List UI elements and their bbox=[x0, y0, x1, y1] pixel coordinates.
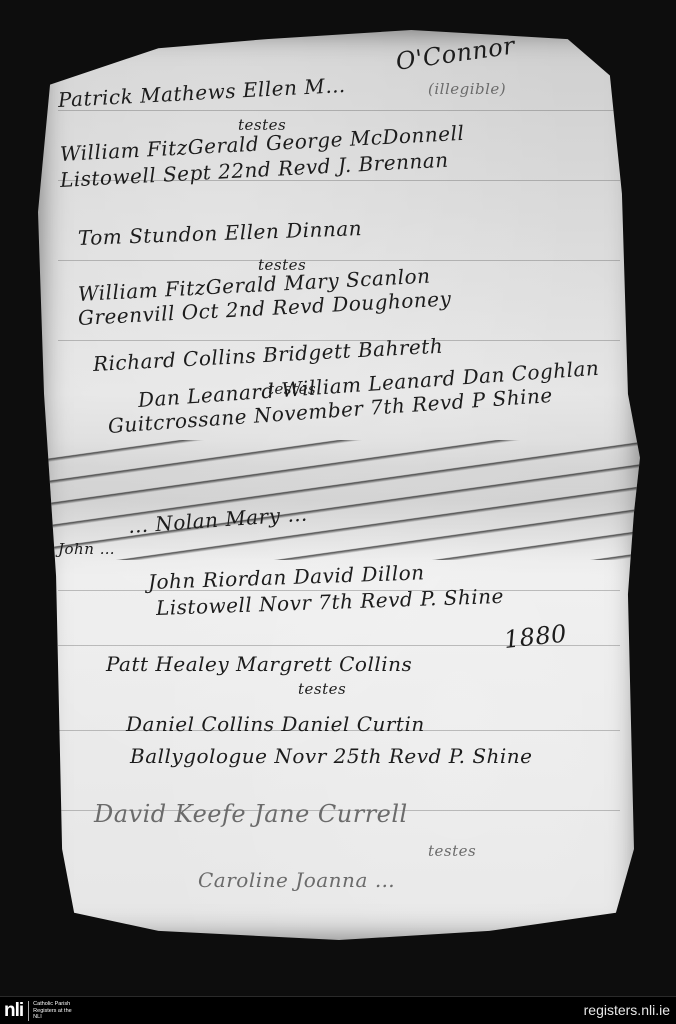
entry-2-names: Tom Stundon Ellen Dinnan bbox=[78, 216, 363, 250]
entry-5-testes: testes bbox=[298, 680, 346, 698]
entry-5-witnesses: Daniel Collins Daniel Curtin bbox=[126, 712, 425, 736]
entry-6-witnesses: Caroline Joanna … bbox=[198, 868, 395, 892]
entry-6-testes: testes bbox=[428, 842, 476, 860]
ruled-line bbox=[58, 260, 620, 261]
nli-logo-text: Catholic Parish Registers at the NLI bbox=[33, 1001, 73, 1021]
torn-damaged-area bbox=[48, 440, 640, 560]
entry-1-names: Patrick Mathews Ellen M… bbox=[57, 73, 346, 112]
entry-6-names: David Keefe Jane Currell bbox=[94, 800, 408, 828]
image-viewer: O'Connor (illegible) Patrick Mathews Ell… bbox=[0, 0, 676, 996]
ruled-line bbox=[58, 110, 620, 111]
logo-divider bbox=[28, 1001, 29, 1021]
entry-4-partial: John … bbox=[58, 540, 115, 558]
header-annotation: O'Connor bbox=[394, 31, 517, 75]
header-subnote: (illegible) bbox=[428, 80, 506, 98]
register-page: O'Connor (illegible) Patrick Mathews Ell… bbox=[38, 30, 640, 940]
nli-logo-mark: nli bbox=[4, 1000, 23, 1022]
entry-5-place-date: Ballygologue Novr 25th Revd P. Shine bbox=[130, 744, 533, 768]
year-annotation: 1880 bbox=[503, 619, 569, 653]
site-url-link[interactable]: registers.nli.ie bbox=[584, 1002, 670, 1018]
entry-5-names: Patt Healey Margrett Collins bbox=[106, 652, 412, 676]
nli-logo[interactable]: nli Catholic Parish Registers at the NLI bbox=[4, 1000, 73, 1022]
footer-bar: nli Catholic Parish Registers at the NLI… bbox=[0, 996, 676, 1024]
